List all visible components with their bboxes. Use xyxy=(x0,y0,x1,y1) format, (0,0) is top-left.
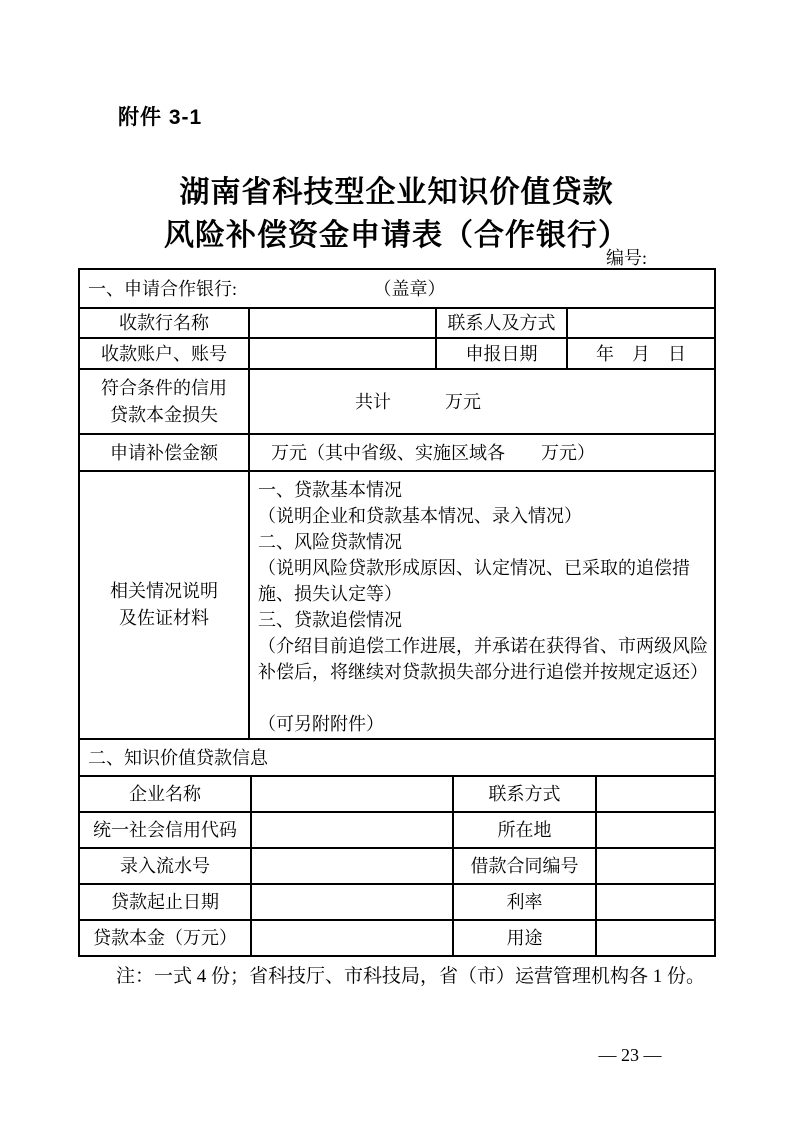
explain-line: 三、贷款追偿情况 xyxy=(258,607,710,633)
account-value xyxy=(249,338,436,369)
company-name-value xyxy=(251,776,453,812)
number-label: 编号: xyxy=(78,244,714,270)
explain-label: 相关情况说明 及佐证材料 xyxy=(79,471,249,739)
location-label: 所在地 xyxy=(453,812,596,848)
row-explain: 相关情况说明 及佐证材料 一、贷款基本情况 （说明企业和贷款基本情况、录入情况）… xyxy=(79,471,715,739)
row-loan-dates: 贷款起止日期 利率 xyxy=(79,884,715,920)
footer-note: 注：一式 4 份；省科技厅、市科技局，省（市）运营管理机构各 1 份。 xyxy=(78,964,776,990)
loan-dates-label: 贷款起止日期 xyxy=(79,884,251,920)
table-section2-loan-info: 二、知识价值贷款信息 企业名称 联系方式 统一社会信用代码 所在地 录入流水号 … xyxy=(78,738,716,957)
row-credit-code: 统一社会信用代码 所在地 xyxy=(79,812,715,848)
serial-number-value xyxy=(251,848,453,884)
loan-dates-value xyxy=(251,884,453,920)
compensation-value: 万元（其中省级、实施区域各 万元） xyxy=(249,434,715,471)
explain-line xyxy=(258,685,710,711)
attachment-label: 附件 3-1 xyxy=(118,101,202,131)
section1-heading-text: 一、申请合作银行: xyxy=(88,279,237,299)
credit-code-value xyxy=(251,812,453,848)
page-number: — 23 — xyxy=(565,1045,695,1066)
bank-name-value xyxy=(249,308,436,338)
contract-number-label: 借款合同编号 xyxy=(453,848,596,884)
document-page: 附件 3-1 湖南省科技型企业知识价值贷款 风险补偿资金申请表（合作银行） 编号… xyxy=(0,0,793,1122)
location-value xyxy=(596,812,715,848)
explain-line: （介绍目前追偿工作进展，并承诺在获得省、市两级风险补偿后，将继续对贷款损失部分进… xyxy=(258,633,710,685)
account-label: 收款账户、账号 xyxy=(79,338,249,369)
loss-label: 符合条件的信用 贷款本金损失 xyxy=(79,369,249,434)
interest-rate-value xyxy=(596,884,715,920)
loss-value: 共计 万元 xyxy=(249,369,715,434)
purpose-value xyxy=(596,920,715,956)
row-serial-number: 录入流水号 借款合同编号 xyxy=(79,848,715,884)
company-name-label: 企业名称 xyxy=(79,776,251,812)
row-account: 收款账户、账号 申报日期 年 月 日 xyxy=(79,338,715,369)
explain-line: （说明企业和贷款基本情况、录入情况） xyxy=(258,503,710,529)
row-loss: 符合条件的信用 贷款本金损失 共计 万元 xyxy=(79,369,715,434)
explain-content: 一、贷款基本情况 （说明企业和贷款基本情况、录入情况） 二、风险贷款情况 （说明… xyxy=(249,471,715,739)
date-value: 年 月 日 xyxy=(567,338,715,369)
title-line-1: 湖南省科技型企业知识价值贷款 xyxy=(0,171,793,214)
row-bank-name: 收款行名称 联系人及方式 xyxy=(79,308,715,338)
cell-section1-heading: 一、申请合作银行: （盖章） xyxy=(79,269,715,308)
bank-name-label: 收款行名称 xyxy=(79,308,249,338)
credit-code-label: 统一社会信用代码 xyxy=(79,812,251,848)
interest-rate-label: 利率 xyxy=(453,884,596,920)
row-section2-heading: 二、知识价值贷款信息 xyxy=(79,739,715,776)
contact-label: 联系人及方式 xyxy=(436,308,567,338)
explain-line: （可另附附件） xyxy=(258,711,710,737)
purpose-label: 用途 xyxy=(453,920,596,956)
row-compensation: 申请补偿金额 万元（其中省级、实施区域各 万元） xyxy=(79,434,715,471)
compensation-label: 申请补偿金额 xyxy=(79,434,249,471)
loan-principal-value xyxy=(251,920,453,956)
seal-label: （盖章） xyxy=(374,277,446,301)
row-section1-heading: 一、申请合作银行: （盖章） xyxy=(79,269,715,308)
explain-line: （说明风险贷款形成原因、认定情况、已采取的追偿措施、损失认定等） xyxy=(258,555,710,607)
serial-number-label: 录入流水号 xyxy=(79,848,251,884)
phone-value xyxy=(596,776,715,812)
phone-label: 联系方式 xyxy=(453,776,596,812)
row-loan-principal: 贷款本金（万元） 用途 xyxy=(79,920,715,956)
contact-value xyxy=(567,308,715,338)
cell-section2-heading: 二、知识价值贷款信息 xyxy=(79,739,715,776)
explain-line: 二、风险贷款情况 xyxy=(258,529,710,555)
loan-principal-label: 贷款本金（万元） xyxy=(79,920,251,956)
date-label: 申报日期 xyxy=(436,338,567,369)
table-section1-bank: 一、申请合作银行: （盖章） 收款行名称 联系人及方式 收款账户、账号 申报日期… xyxy=(78,268,716,740)
contract-number-value xyxy=(596,848,715,884)
row-company-name: 企业名称 联系方式 xyxy=(79,776,715,812)
explain-line: 一、贷款基本情况 xyxy=(258,477,710,503)
